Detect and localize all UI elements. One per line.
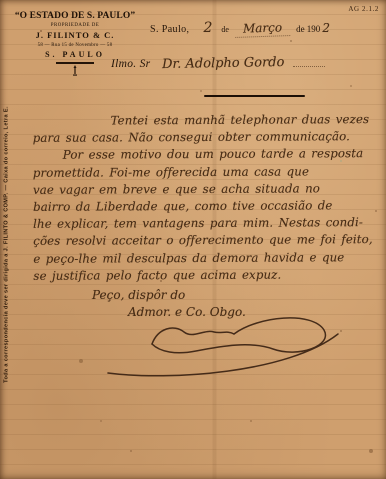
addressee-line: Ilmo. SrDr. Adolpho Gordo xyxy=(111,54,325,72)
signature-flourish xyxy=(100,300,345,382)
letter-body: Tentei esta manhã telephonar duas vezes … xyxy=(33,111,367,285)
body-line: vae vagar em breve e que se acha situada… xyxy=(33,180,366,199)
body-line: Por esse motivo dou um pouco tarde a res… xyxy=(33,146,366,165)
letter-page: “O ESTADO DE S. PAULO” PROPRIEDADE DE J.… xyxy=(0,0,386,479)
addressee-underline xyxy=(204,95,305,97)
dateline-month-handwritten: Março xyxy=(235,20,291,38)
dateline-de-190: de 190 xyxy=(296,24,320,34)
addressee-dotted-line xyxy=(293,66,325,67)
letterhead-address: 58 — Rua 15 de Novembro — 58 xyxy=(14,43,136,48)
body-line: se justifica pelo facto que acima expuz. xyxy=(33,266,366,285)
body-line: promettida. Foi-me offerecida uma casa q… xyxy=(33,163,366,182)
body-line: para sua casa. Não consegui obter commun… xyxy=(33,128,366,147)
dateline-de: de xyxy=(221,25,229,34)
body-line: Tentei esta manhã telephonar duas vezes xyxy=(33,111,366,130)
letterhead-rule xyxy=(56,62,94,64)
letterhead-proprietor-label: PROPRIEDADE DE xyxy=(14,23,136,28)
dateline: S. Paulo,2deMarçode 1902 xyxy=(150,19,330,37)
addressee-salutation: Ilmo. Sr xyxy=(111,58,150,70)
body-line: lhe explicar, tem vantagens para mim. Ne… xyxy=(33,214,366,233)
body-line: ções resolvi acceitar o offerecimento qu… xyxy=(33,232,366,251)
addressee-name-handwritten: Dr. Adolpho Gordo xyxy=(162,55,285,72)
dateline-year-handwritten: 2 xyxy=(322,21,330,35)
sidebar-correspondence-note: Toda a correspondencia deve ser dirigida… xyxy=(4,95,13,395)
body-line: bairro da Liberdade que, como tive occas… xyxy=(33,197,366,216)
archive-reference: AG 2.1.2 xyxy=(348,5,379,13)
letterhead-ornament-icon xyxy=(71,65,79,76)
dateline-place: S. Paulo, xyxy=(150,24,189,35)
dateline-day-handwritten: 2 xyxy=(203,20,212,36)
letterhead-title: “O ESTADO DE S. PAULO” xyxy=(14,11,136,21)
letterhead-company: J. FILINTO & C. xyxy=(14,30,136,40)
body-line: e peço-lhe mil desculpas da demora havid… xyxy=(33,249,366,268)
